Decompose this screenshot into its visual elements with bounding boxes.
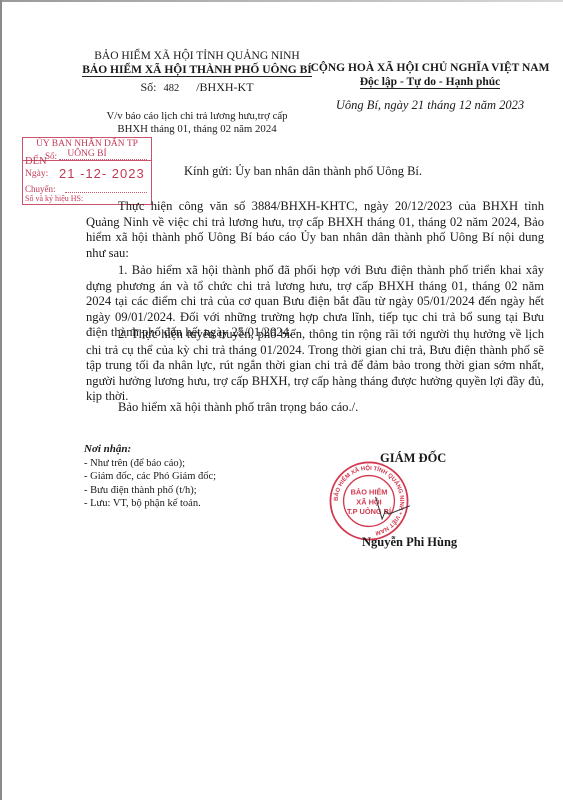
recipient-item: - Lưu: VT, bộ phận kế toán.: [84, 497, 216, 511]
body-paragraph-2: 2. Thực hiện tuyên truyền, phổ biến, thô…: [86, 327, 544, 405]
official-seal-icon: BẢO HIỂM XÃ HỘI TỈNH QUẢNG NINH * VIỆT N…: [328, 460, 410, 542]
motto: Độc lập - Tự do - Hạnh phúc: [310, 76, 550, 88]
recipients-heading: Nơi nhận:: [84, 443, 216, 457]
signer-title: GIÁM ĐỐC: [380, 451, 446, 466]
scan-edge-top: [0, 0, 563, 2]
receive-stamp-so-line: [59, 159, 147, 160]
doc-number: Số: 482 /BHXH-KT: [82, 80, 312, 95]
receive-stamp-chuyen-label: Chuyển:: [25, 184, 56, 194]
receive-stamp: ỦY BAN NHÂN DÂN TP UÔNG BÍ Số: ĐẾN Ngày:…: [22, 137, 152, 205]
place-date: Uông Bí, ngày 21 tháng 12 năm 2023: [310, 98, 550, 113]
doc-code: /BHXH-KT: [196, 80, 253, 94]
receive-stamp-chuyen-line: [65, 192, 147, 193]
recipient-item: - Giám đốc, các Phó Giám đốc;: [84, 470, 216, 484]
signer-name: Nguyễn Phi Hùng: [362, 535, 457, 550]
nation-title: CỘNG HOÀ XÃ HỘI CHỦ NGHĨA VIỆT NAM: [310, 62, 550, 74]
subject-line-1: V/v báo cáo lịch chi trả lương hưu,trợ c…: [82, 110, 312, 123]
doc-number-label: Số:: [140, 80, 156, 94]
org-parent: BẢO HIỂM XÃ HỘI TỈNH QUẢNG NINH: [82, 50, 312, 62]
org-name: BẢO HIỂM XÃ HỘI THÀNH PHỐ UÔNG BÍ: [82, 64, 312, 76]
motto-text: Độc lập - Tự do - Hạnh phúc: [360, 76, 501, 89]
receive-stamp-den: ĐẾN: [25, 156, 47, 167]
recipient-item: - Như trên (để báo cáo);: [84, 457, 216, 471]
seal-line-1: BẢO HIỂM: [351, 487, 388, 496]
addressee: Kính gửi: Ủy ban nhân dân thành phố Uông…: [184, 164, 422, 179]
recipient-item: - Bưu điện thành phố (t/h);: [84, 484, 216, 498]
doc-number-value: 482: [163, 83, 179, 94]
receive-stamp-ngay-label: Ngày:: [25, 169, 48, 179]
receive-stamp-date: 21 -12- 2023: [59, 166, 145, 181]
subject: V/v báo cáo lịch chi trả lương hưu,trợ c…: [82, 110, 312, 136]
body-paragraph-intro: Thực hiện công văn số 3884/BHXH-KHTC, ng…: [86, 199, 544, 261]
receive-stamp-so-ky-hieu-label: Số và ký hiệu HS:: [25, 194, 83, 203]
recipients: Nơi nhận: - Như trên (để báo cáo); - Giá…: [84, 443, 216, 511]
subject-line-2: BHXH tháng 01, tháng 02 năm 2024: [82, 123, 312, 136]
org-name-text: BẢO HIỂM XÃ HỘI THÀNH PHỐ UÔNG BÍ: [82, 64, 312, 77]
body-closing: Bảo hiểm xã hội thành phố trân trọng báo…: [86, 400, 544, 416]
scan-edge-left: [0, 0, 2, 800]
